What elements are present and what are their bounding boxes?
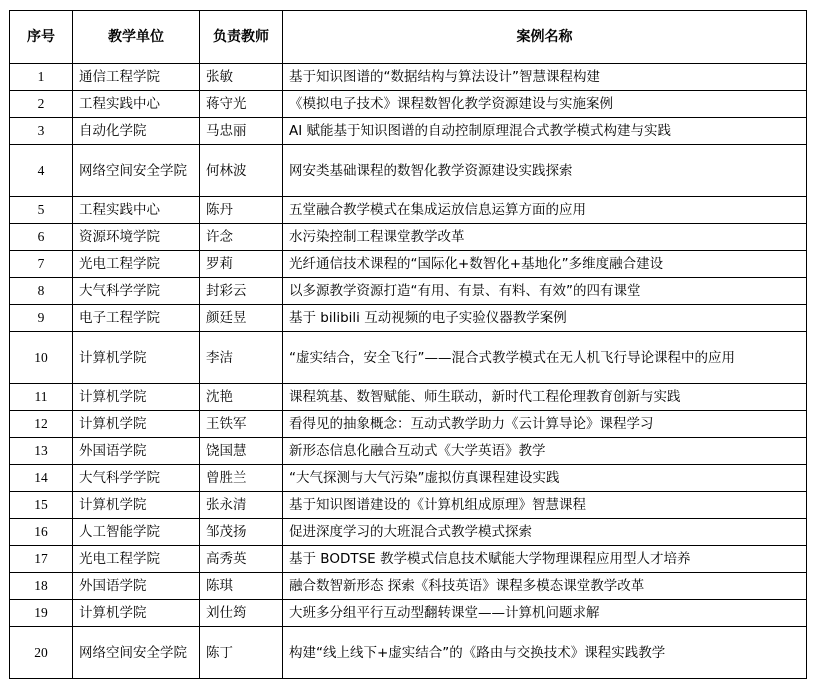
row-unit: 光电工程学院 xyxy=(73,546,200,573)
row-case-title: 以多源教学资源打造“有用、有景、有料、有效”的四有课堂 xyxy=(283,278,807,305)
row-teacher: 蒋守光 xyxy=(200,91,283,118)
row-unit: 计算机学院 xyxy=(73,411,200,438)
row-unit: 人工智能学院 xyxy=(73,519,200,546)
row-number: 10 xyxy=(10,332,73,384)
row-teacher: 张敏 xyxy=(200,64,283,91)
row-case-title: 五堂融合教学模式在集成运放信息运算方面的应用 xyxy=(283,197,807,224)
row-unit: 计算机学院 xyxy=(73,492,200,519)
row-teacher: 李洁 xyxy=(200,332,283,384)
row-number: 15 xyxy=(10,492,73,519)
row-case-title: 融合数智新形态 探索《科技英语》课程多模态课堂教学改革 xyxy=(283,573,807,600)
row-unit: 资源环境学院 xyxy=(73,224,200,251)
row-number: 19 xyxy=(10,600,73,627)
row-case-title: 促进深度学习的大班混合式教学模式探索 xyxy=(283,519,807,546)
row-case-title: 《模拟电子技术》课程数智化教学资源建设与实施案例 xyxy=(283,91,807,118)
row-unit: 大气科学学院 xyxy=(73,278,200,305)
row-case-title: 基于知识图谱的“数据结构与算法设计”智慧课程构建 xyxy=(283,64,807,91)
row-unit: 自动化学院 xyxy=(73,118,200,145)
row-case-title: AI 赋能基于知识图谱的自动控制原理混合式教学模式构建与实践 xyxy=(283,118,807,145)
table-row: 4网络空间安全学院何林波网安类基础课程的数智化教学资源建设实践探索 xyxy=(10,145,807,197)
header-unit: 教学单位 xyxy=(73,11,200,64)
row-case-title: “虚实结合，安全飞行”——混合式教学模式在无人机飞行导论课程中的应用 xyxy=(283,332,807,384)
row-unit: 工程实践中心 xyxy=(73,91,200,118)
row-number: 17 xyxy=(10,546,73,573)
table-row: 18外国语学院陈琪融合数智新形态 探索《科技英语》课程多模态课堂教学改革 xyxy=(10,573,807,600)
header-teacher: 负责教师 xyxy=(200,11,283,64)
table-row: 19计算机学院刘仕筠大班多分组平行互动型翻转课堂——计算机问题求解 xyxy=(10,600,807,627)
row-teacher: 陈琪 xyxy=(200,573,283,600)
row-teacher: 罗莉 xyxy=(200,251,283,278)
row-case-title: 光纤通信技术课程的“国际化+数智化+基地化”多维度融合建设 xyxy=(283,251,807,278)
row-teacher: 曾胜兰 xyxy=(200,465,283,492)
table-row: 1通信工程学院张敏基于知识图谱的“数据结构与算法设计”智慧课程构建 xyxy=(10,64,807,91)
row-unit: 外国语学院 xyxy=(73,573,200,600)
row-case-title: 看得见的抽象概念：互动式教学助力《云计算导论》课程学习 xyxy=(283,411,807,438)
row-teacher: 陈丹 xyxy=(200,197,283,224)
row-number: 5 xyxy=(10,197,73,224)
table-row: 14大气科学学院曾胜兰“大气探测与大气污染”虚拟仿真课程建设实践 xyxy=(10,465,807,492)
table-row: 13外国语学院饶国慧新形态信息化融合互动式《大学英语》教学 xyxy=(10,438,807,465)
row-case-title: “大气探测与大气污染”虚拟仿真课程建设实践 xyxy=(283,465,807,492)
header-title: 案例名称 xyxy=(283,11,807,64)
row-number: 7 xyxy=(10,251,73,278)
row-case-title: 大班多分组平行互动型翻转课堂——计算机问题求解 xyxy=(283,600,807,627)
row-unit: 工程实践中心 xyxy=(73,197,200,224)
row-teacher: 张永清 xyxy=(200,492,283,519)
row-number: 1 xyxy=(10,64,73,91)
header-no: 序号 xyxy=(10,11,73,64)
row-case-title: 网安类基础课程的数智化教学资源建设实践探索 xyxy=(283,145,807,197)
row-teacher: 王铁军 xyxy=(200,411,283,438)
row-case-title: 课程筑基、数智赋能、师生联动，新时代工程伦理教育创新与实践 xyxy=(283,384,807,411)
row-unit: 大气科学学院 xyxy=(73,465,200,492)
table-row: 6资源环境学院许念水污染控制工程课堂教学改革 xyxy=(10,224,807,251)
row-unit: 外国语学院 xyxy=(73,438,200,465)
row-case-title: 基于 bilibili 互动视频的电子实验仪器教学案例 xyxy=(283,305,807,332)
row-teacher: 何林波 xyxy=(200,145,283,197)
row-number: 2 xyxy=(10,91,73,118)
table-row: 2工程实践中心蒋守光《模拟电子技术》课程数智化教学资源建设与实施案例 xyxy=(10,91,807,118)
row-number: 3 xyxy=(10,118,73,145)
table-row: 9电子工程学院颜廷昱基于 bilibili 互动视频的电子实验仪器教学案例 xyxy=(10,305,807,332)
row-number: 6 xyxy=(10,224,73,251)
row-teacher: 刘仕筠 xyxy=(200,600,283,627)
row-case-title: 新形态信息化融合互动式《大学英语》教学 xyxy=(283,438,807,465)
row-teacher: 马忠丽 xyxy=(200,118,283,145)
row-number: 18 xyxy=(10,573,73,600)
row-case-title: 水污染控制工程课堂教学改革 xyxy=(283,224,807,251)
table-row: 10计算机学院李洁“虚实结合，安全飞行”——混合式教学模式在无人机飞行导论课程中… xyxy=(10,332,807,384)
header-row: 序号 教学单位 负责教师 案例名称 xyxy=(10,11,807,64)
row-case-title: 基于 BODTSE 教学模式信息技术赋能大学物理课程应用型人才培养 xyxy=(283,546,807,573)
table-row: 11计算机学院沈艳课程筑基、数智赋能、师生联动，新时代工程伦理教育创新与实践 xyxy=(10,384,807,411)
row-unit: 计算机学院 xyxy=(73,332,200,384)
row-unit: 计算机学院 xyxy=(73,600,200,627)
row-number: 8 xyxy=(10,278,73,305)
table-row: 20网络空间安全学院陈丁构建“线上线下+虚实结合”的《路由与交换技术》课程实践教… xyxy=(10,627,807,679)
row-teacher: 饶国慧 xyxy=(200,438,283,465)
case-table: 序号 教学单位 负责教师 案例名称 1通信工程学院张敏基于知识图谱的“数据结构与… xyxy=(9,10,807,679)
row-case-title: 基于知识图谱建设的《计算机组成原理》智慧课程 xyxy=(283,492,807,519)
row-teacher: 封彩云 xyxy=(200,278,283,305)
table-row: 16人工智能学院邹茂扬促进深度学习的大班混合式教学模式探索 xyxy=(10,519,807,546)
table-row: 15计算机学院张永清基于知识图谱建设的《计算机组成原理》智慧课程 xyxy=(10,492,807,519)
row-number: 13 xyxy=(10,438,73,465)
row-teacher: 许念 xyxy=(200,224,283,251)
row-teacher: 沈艳 xyxy=(200,384,283,411)
row-teacher: 颜廷昱 xyxy=(200,305,283,332)
row-number: 12 xyxy=(10,411,73,438)
row-unit: 电子工程学院 xyxy=(73,305,200,332)
row-number: 11 xyxy=(10,384,73,411)
row-teacher: 邹茂扬 xyxy=(200,519,283,546)
row-number: 9 xyxy=(10,305,73,332)
table-row: 3自动化学院马忠丽AI 赋能基于知识图谱的自动控制原理混合式教学模式构建与实践 xyxy=(10,118,807,145)
row-teacher: 高秀英 xyxy=(200,546,283,573)
table-row: 7光电工程学院罗莉光纤通信技术课程的“国际化+数智化+基地化”多维度融合建设 xyxy=(10,251,807,278)
table-row: 17光电工程学院高秀英基于 BODTSE 教学模式信息技术赋能大学物理课程应用型… xyxy=(10,546,807,573)
row-unit: 网络空间安全学院 xyxy=(73,145,200,197)
row-unit: 计算机学院 xyxy=(73,384,200,411)
row-teacher: 陈丁 xyxy=(200,627,283,679)
table-row: 8大气科学学院封彩云以多源教学资源打造“有用、有景、有料、有效”的四有课堂 xyxy=(10,278,807,305)
table-row: 5工程实践中心陈丹五堂融合教学模式在集成运放信息运算方面的应用 xyxy=(10,197,807,224)
row-number: 14 xyxy=(10,465,73,492)
row-case-title: 构建“线上线下+虚实结合”的《路由与交换技术》课程实践教学 xyxy=(283,627,807,679)
row-unit: 通信工程学院 xyxy=(73,64,200,91)
row-unit: 网络空间安全学院 xyxy=(73,627,200,679)
table-row: 12计算机学院王铁军看得见的抽象概念：互动式教学助力《云计算导论》课程学习 xyxy=(10,411,807,438)
row-number: 16 xyxy=(10,519,73,546)
row-number: 4 xyxy=(10,145,73,197)
row-number: 20 xyxy=(10,627,73,679)
row-unit: 光电工程学院 xyxy=(73,251,200,278)
